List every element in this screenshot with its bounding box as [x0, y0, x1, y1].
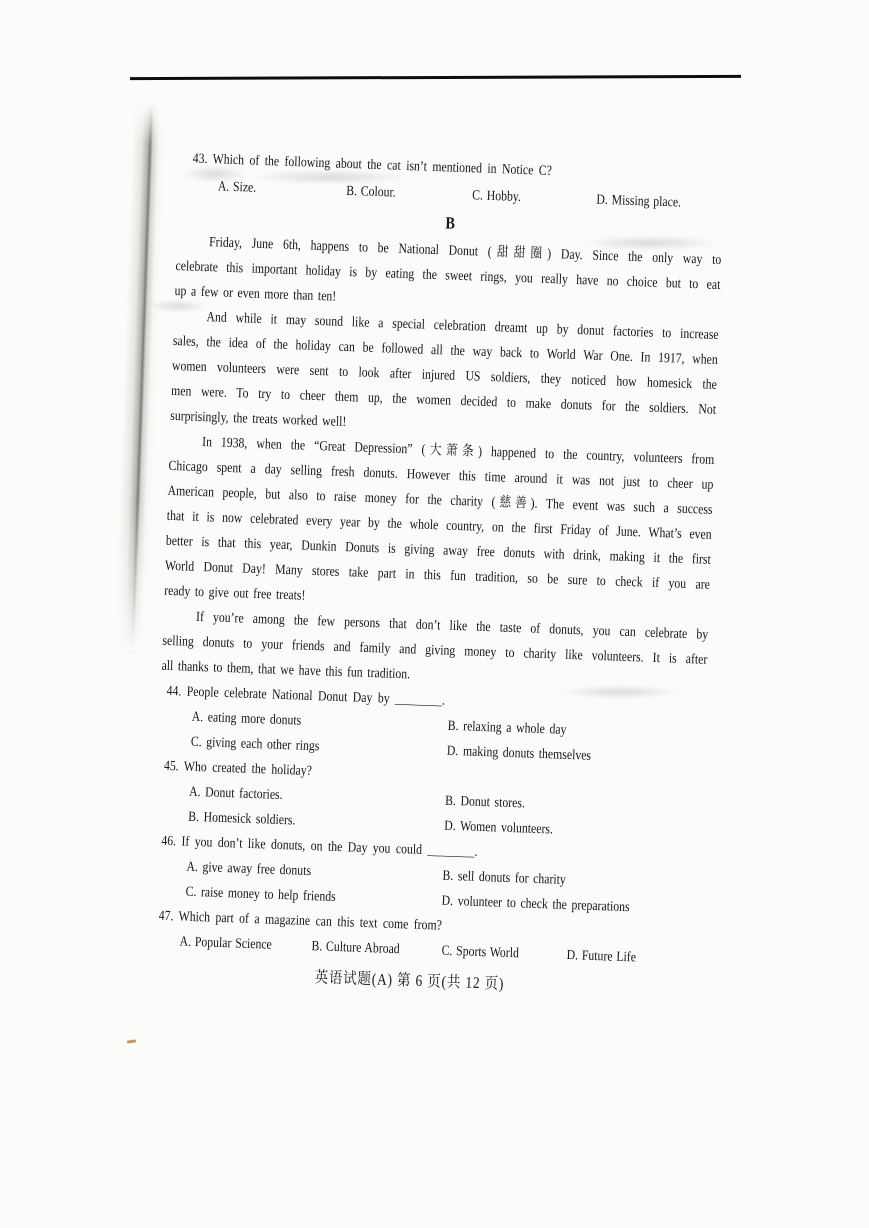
- q47-option-c: C. Sports World: [441, 939, 519, 967]
- q44-option-d: D. making donuts themselves: [446, 739, 591, 769]
- q43-option-b: B. Colour.: [346, 178, 396, 207]
- pencil-mark: [127, 1039, 136, 1043]
- q45-option-d: D. Women volunteers.: [444, 814, 553, 843]
- q47-option-a: A. Popular Science: [179, 930, 272, 958]
- q47-option-d: D. Future Life: [566, 943, 636, 970]
- q43-option-a: A. Size.: [217, 173, 256, 201]
- q44-option-c: C. giving each other rings: [190, 730, 319, 759]
- q44-option-a: A. eating more donuts: [191, 705, 301, 734]
- q45-option-b2: B. Homesick soldiers.: [188, 805, 296, 834]
- printed-content: 43. Which of the following about the cat…: [120, 131, 727, 1005]
- q45-option-b: B. Donut stores.: [445, 789, 526, 817]
- q46-option-c: C. raise money to help friends: [185, 880, 336, 910]
- q43-option-d: D. Missing place.: [596, 187, 682, 217]
- q45-option-a: A. Donut factories.: [189, 780, 283, 808]
- top-rule-line: [130, 75, 741, 80]
- scanned-exam-page: 43. Which of the following about the cat…: [0, 0, 869, 1228]
- q47-option-b: B. Culture Abroad: [311, 934, 400, 962]
- q43-option-c: C. Hobby.: [472, 182, 522, 211]
